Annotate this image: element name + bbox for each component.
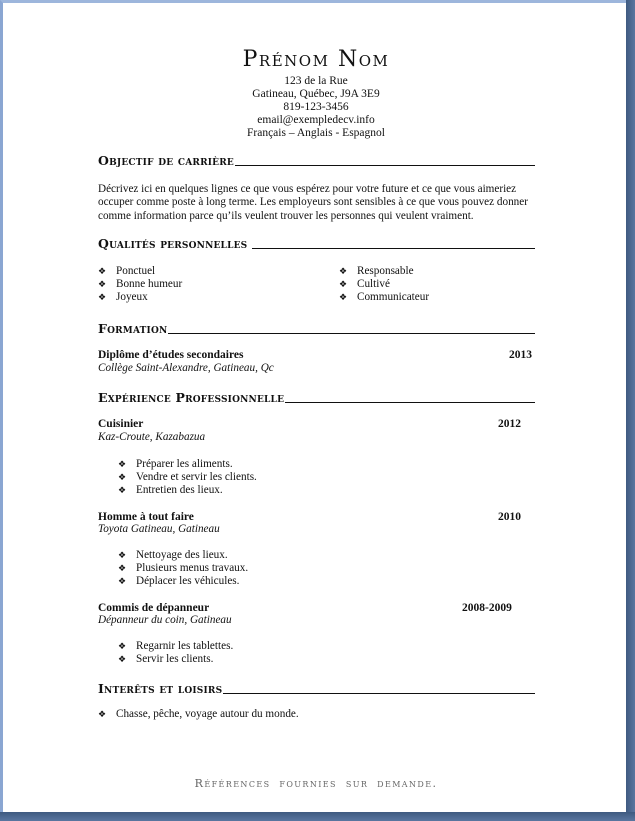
job-role: Commis de dépanneur	[98, 602, 209, 614]
section-title: Expérience Professionnelle	[98, 391, 284, 405]
task-item: ❖Nettoyage des lieux.	[118, 549, 228, 562]
task-item: ❖Déplacer les véhicules.	[118, 575, 239, 588]
task-item: ❖Regarnir les tablettes.	[118, 640, 233, 653]
task-item: ❖Servir les clients.	[118, 653, 213, 666]
diamond-bullet-icon: ❖	[118, 640, 136, 653]
section-heading-objective: Objectif de carrière	[98, 152, 535, 168]
objective-paragraph: Décrivez ici en quelques lignes ce que v…	[98, 183, 538, 223]
diamond-bullet-icon: ❖	[98, 291, 116, 304]
objective-line: Décrivez ici en quelques lignes ce que v…	[98, 183, 538, 196]
diamond-bullet-icon: ❖	[339, 265, 357, 278]
list-item: ❖Responsable	[339, 265, 414, 278]
task-item: ❖Préparer les aliments.	[118, 458, 233, 471]
heading-rule	[168, 333, 535, 334]
address-line-2: Gatineau, Québec, J9A 3E9	[3, 87, 629, 101]
diamond-bullet-icon: ❖	[118, 458, 136, 471]
diamond-bullet-icon: ❖	[118, 653, 136, 666]
diamond-bullet-icon: ❖	[118, 575, 136, 588]
list-item: ❖Bonne humeur	[98, 278, 182, 291]
job-year: 2008-2009	[462, 602, 512, 614]
languages: Français – Anglais - Espagnol	[3, 126, 629, 140]
heading-rule	[285, 402, 535, 403]
list-item: ❖Cultivé	[339, 278, 390, 291]
task-item: ❖Vendre et servir les clients.	[118, 471, 257, 484]
section-heading-experience: Expérience Professionnelle	[98, 389, 535, 405]
diamond-bullet-icon: ❖	[118, 549, 136, 562]
objective-line: comme information parce qu’ils veulent t…	[98, 210, 538, 223]
section-heading-qualities: Qualités personnelles	[98, 235, 535, 251]
task-item: ❖Plusieurs menus travaux.	[118, 562, 248, 575]
list-item: ❖Chasse, pêche, voyage autour du monde.	[98, 708, 299, 721]
heading-rule	[223, 693, 535, 694]
page-shadow-bottom	[0, 812, 635, 821]
diamond-bullet-icon: ❖	[98, 265, 116, 278]
job-role: Cuisinier	[98, 418, 143, 430]
section-heading-interests: Interêts et loisirs	[98, 680, 535, 696]
heading-rule	[252, 248, 535, 249]
degree-title: Diplôme d’études secondaires	[98, 349, 243, 361]
heading-rule	[235, 165, 535, 166]
job-year: 2010	[498, 511, 521, 523]
section-title: Interêts et loisirs	[98, 682, 222, 696]
degree-year: 2013	[509, 349, 532, 361]
diamond-bullet-icon: ❖	[118, 471, 136, 484]
job-employer: Toyota Gatineau, Gatineau	[98, 523, 220, 535]
candidate-name: Prénom Nom	[3, 47, 629, 72]
list-item: ❖Communicateur	[339, 291, 429, 304]
job-employer: Kaz-Croute, Kazabazua	[98, 431, 205, 443]
section-title: Objectif de carrière	[98, 154, 234, 168]
task-item: ❖Entretien des lieux.	[118, 484, 223, 497]
job-year: 2012	[498, 418, 521, 430]
objective-line: occuper comme poste à long terme. Les em…	[98, 196, 538, 209]
list-item: ❖Ponctuel	[98, 265, 155, 278]
section-title: Formation	[98, 322, 167, 336]
job-role: Homme à tout faire	[98, 511, 194, 523]
job-employer: Dépanneur du coin, Gatineau	[98, 614, 232, 626]
diamond-bullet-icon: ❖	[339, 291, 357, 304]
phone: 819-123-3456	[3, 100, 629, 114]
diamond-bullet-icon: ❖	[118, 562, 136, 575]
section-title: Qualités personnelles	[98, 237, 247, 251]
email: email@exempledecv.info	[3, 113, 629, 127]
list-item: ❖Joyeux	[98, 291, 148, 304]
references-footer: Références fournies sur demande.	[3, 777, 629, 790]
diamond-bullet-icon: ❖	[98, 708, 116, 721]
diamond-bullet-icon: ❖	[98, 278, 116, 291]
resume-page: Prénom Nom 123 de la Rue Gatineau, Québe…	[0, 0, 626, 812]
diamond-bullet-icon: ❖	[118, 484, 136, 497]
school-name: Collège Saint-Alexandre, Gatineau, Qc	[98, 362, 274, 374]
address-line-1: 123 de la Rue	[3, 74, 629, 88]
diamond-bullet-icon: ❖	[339, 278, 357, 291]
section-heading-education: Formation	[98, 320, 535, 336]
